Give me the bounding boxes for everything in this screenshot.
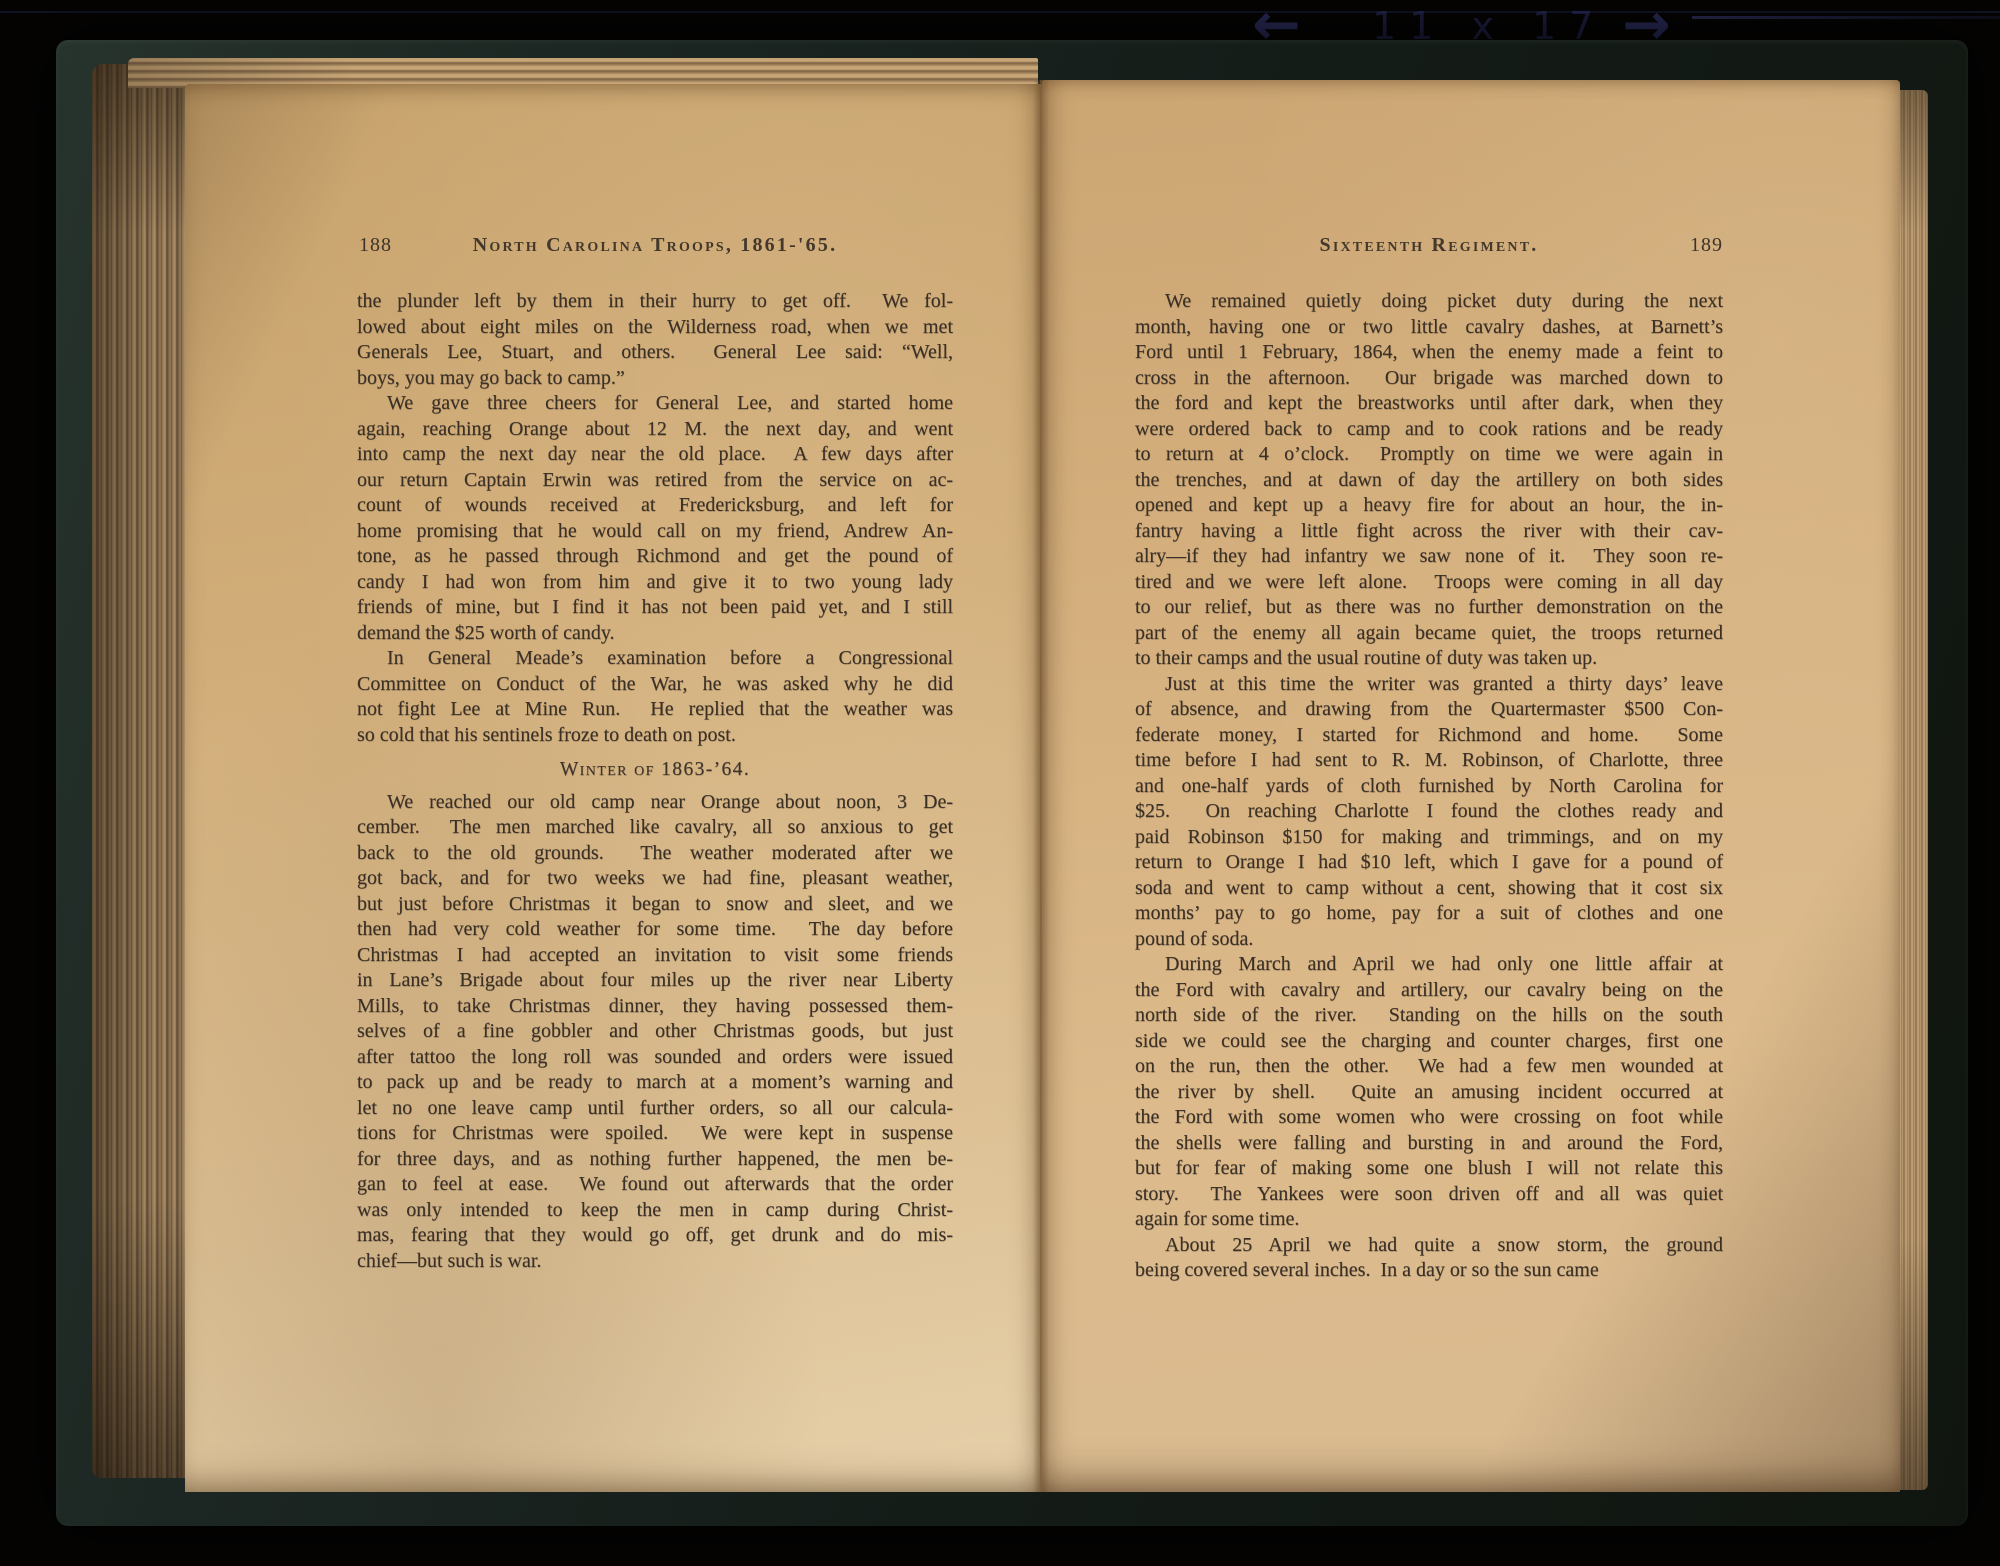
page-number-left: 188 bbox=[359, 232, 392, 258]
section-heading: Winter of 1863-’64. bbox=[357, 757, 953, 783]
text-line: then had very cold weather for some time… bbox=[357, 917, 953, 943]
paragraph: During March and April we had only one l… bbox=[1135, 952, 1723, 1233]
paragraph: In General Meade’s examination before a … bbox=[357, 646, 953, 748]
text-line: back to the old grounds. The weather mod… bbox=[357, 841, 953, 867]
text-line: month, having one or two little cavalry … bbox=[1135, 315, 1723, 341]
text-line: and one-half yards of cloth furnished by… bbox=[1135, 774, 1723, 800]
text-line: but for fear of making some one blush I … bbox=[1135, 1156, 1723, 1182]
paragraph: About 25 April we had quite a snow storm… bbox=[1135, 1233, 1723, 1284]
text-line: Committee on Conduct of the War, he was … bbox=[357, 672, 953, 698]
text-line: to our relief, but as there was no furth… bbox=[1135, 595, 1723, 621]
text-line: for three days, and as nothing further h… bbox=[357, 1147, 953, 1173]
text-line: again for some time. bbox=[1135, 1207, 1723, 1233]
text-line: In General Meade’s examination before a … bbox=[357, 646, 953, 672]
text-line: were ordered back to camp and to cook ra… bbox=[1135, 417, 1723, 443]
text-line: federate money, I started for Richmond a… bbox=[1135, 723, 1723, 749]
text-line: fantry having a little fight across the … bbox=[1135, 519, 1723, 545]
text-line: paid Robinson $150 for making and trimmi… bbox=[1135, 825, 1723, 851]
text-line: During March and April we had only one l… bbox=[1135, 952, 1723, 978]
running-title-right: Sixteenth Regiment. bbox=[1135, 232, 1723, 258]
page-body-left: the plunder left by them in their hurry … bbox=[357, 289, 953, 1274]
text-line: got back, and for two weeks we had fine,… bbox=[357, 866, 953, 892]
text-line: We reached our old camp near Orange abou… bbox=[357, 790, 953, 816]
text-line: again, reaching Orange about 12 M. the n… bbox=[357, 417, 953, 443]
text-line: mas, fearing that they would go off, get… bbox=[357, 1223, 953, 1249]
text-line: the Ford with cavalry and artillery, our… bbox=[1135, 978, 1723, 1004]
text-line: lowed about eight miles on the Wildernes… bbox=[357, 315, 953, 341]
text-line: to return at 4 o’clock. Promptly on time… bbox=[1135, 442, 1723, 468]
text-line: side we could see the charging and count… bbox=[1135, 1029, 1723, 1055]
text-line: Mills, to take Christmas dinner, they ha… bbox=[357, 994, 953, 1020]
page-header-left: 188 North Carolina Troops, 1861-'65. bbox=[357, 232, 953, 259]
text-line: pound of soda. bbox=[1135, 927, 1723, 953]
text-line: part of the enemy all again became quiet… bbox=[1135, 621, 1723, 647]
text-line: boys, you may go back to camp.” bbox=[357, 366, 953, 392]
text-line: so cold that his sentinels froze to deat… bbox=[357, 723, 953, 749]
text-line: alry—if they had infantry we saw none of… bbox=[1135, 544, 1723, 570]
scanner-guide-line-segment bbox=[1692, 16, 2000, 19]
text-line: $25. On reaching Charlotte I found the c… bbox=[1135, 799, 1723, 825]
text-line: our return Captain Erwin was retired fro… bbox=[357, 468, 953, 494]
text-line: the trenches, and at dawn of day the art… bbox=[1135, 468, 1723, 494]
text-line: to their camps and the usual routine of … bbox=[1135, 646, 1723, 672]
text-line: Just at this time the writer was granted… bbox=[1135, 672, 1723, 698]
text-line: the river by shell. Quite an amusing inc… bbox=[1135, 1080, 1723, 1106]
text-line: cember. The men marched like cavalry, al… bbox=[357, 815, 953, 841]
text-line: was only intended to keep the men in cam… bbox=[357, 1198, 953, 1224]
text-line: but just before Christmas it began to sn… bbox=[357, 892, 953, 918]
book-gutter bbox=[1033, 80, 1049, 1492]
text-line: opened and kept up a heavy fire for abou… bbox=[1135, 493, 1723, 519]
text-line: let no one leave camp until further orde… bbox=[357, 1096, 953, 1122]
text-line: story. The Yankees were soon driven off … bbox=[1135, 1182, 1723, 1208]
text-line: Christmas I had accepted an invitation t… bbox=[357, 943, 953, 969]
text-line: the shells were falling and bursting in … bbox=[1135, 1131, 1723, 1157]
text-line: cross in the afternoon. Our brigade was … bbox=[1135, 366, 1723, 392]
running-title-left: North Carolina Troops, 1861-'65. bbox=[357, 232, 953, 258]
page-stack-right-edge bbox=[1896, 90, 1928, 1490]
text-line: demand the $25 worth of candy. bbox=[357, 621, 953, 647]
text-line: home promising that he would call on my … bbox=[357, 519, 953, 545]
page-body-right: We remained quietly doing picket duty du… bbox=[1135, 289, 1723, 1284]
text-line: north side of the river. Standing on the… bbox=[1135, 1003, 1723, 1029]
text-line: time before I had sent to R. M. Robinson… bbox=[1135, 748, 1723, 774]
text-line: Generals Lee, Stuart, and others. Genera… bbox=[357, 340, 953, 366]
text-line: after tattoo the long roll was sounded a… bbox=[357, 1045, 953, 1071]
paragraph: We reached our old camp near Orange abou… bbox=[357, 790, 953, 1275]
text-line: selves of a fine gobbler and other Chris… bbox=[357, 1019, 953, 1045]
paragraph: We remained quietly doing picket duty du… bbox=[1135, 289, 1723, 672]
book-page-left: 188 North Carolina Troops, 1861-'65. the… bbox=[185, 84, 1042, 1492]
text-line: the Ford with some women who were crossi… bbox=[1135, 1105, 1723, 1131]
paragraph: the plunder left by them in their hurry … bbox=[357, 289, 953, 391]
text-line: to pack up and be ready to march at a mo… bbox=[357, 1070, 953, 1096]
text-line: candy I had won from him and give it to … bbox=[357, 570, 953, 596]
text-line: on the run, then the other. We had a few… bbox=[1135, 1054, 1723, 1080]
text-line: months’ pay to go home, pay for a suit o… bbox=[1135, 901, 1723, 927]
text-line: tions for Christmas were spoiled. We wer… bbox=[357, 1121, 953, 1147]
text-line: We remained quietly doing picket duty du… bbox=[1135, 289, 1723, 315]
text-line: not fight Lee at Mine Run. He replied th… bbox=[357, 697, 953, 723]
text-line: tone, as he passed through Richmond and … bbox=[357, 544, 953, 570]
text-line: being covered several inches. In a day o… bbox=[1135, 1258, 1723, 1284]
text-line: tired and we were left alone. Troops wer… bbox=[1135, 570, 1723, 596]
text-line: the plunder left by them in their hurry … bbox=[357, 289, 953, 315]
text-line: into camp the next day near the old plac… bbox=[357, 442, 953, 468]
page-number-right: 189 bbox=[1690, 232, 1723, 258]
text-line: Ford until 1 February, 1864, when the en… bbox=[1135, 340, 1723, 366]
text-line: friends of mine, but I find it has not b… bbox=[357, 595, 953, 621]
page-header-right: Sixteenth Regiment. 189 bbox=[1135, 232, 1723, 259]
book-page-right: Sixteenth Regiment. 189 We remained quie… bbox=[1042, 80, 1900, 1492]
text-line: of absence, and drawing from the Quarter… bbox=[1135, 697, 1723, 723]
text-line: return to Orange I had $10 left, which I… bbox=[1135, 850, 1723, 876]
text-line: gan to feel at ease. We found out afterw… bbox=[357, 1172, 953, 1198]
text-line: the ford and kept the breastworks until … bbox=[1135, 391, 1723, 417]
text-line: About 25 April we had quite a snow storm… bbox=[1135, 1233, 1723, 1259]
scanner-guide-line bbox=[0, 11, 2000, 13]
text-line: count of wounds received at Fredericksbu… bbox=[357, 493, 953, 519]
text-line: chief—but such is war. bbox=[357, 1249, 953, 1275]
paragraph: Just at this time the writer was granted… bbox=[1135, 672, 1723, 953]
paragraph: We gave three cheers for General Lee, an… bbox=[357, 391, 953, 646]
text-line: soda and went to camp without a cent, sh… bbox=[1135, 876, 1723, 902]
text-line: We gave three cheers for General Lee, an… bbox=[357, 391, 953, 417]
text-line: in Lane’s Brigade about four miles up th… bbox=[357, 968, 953, 994]
